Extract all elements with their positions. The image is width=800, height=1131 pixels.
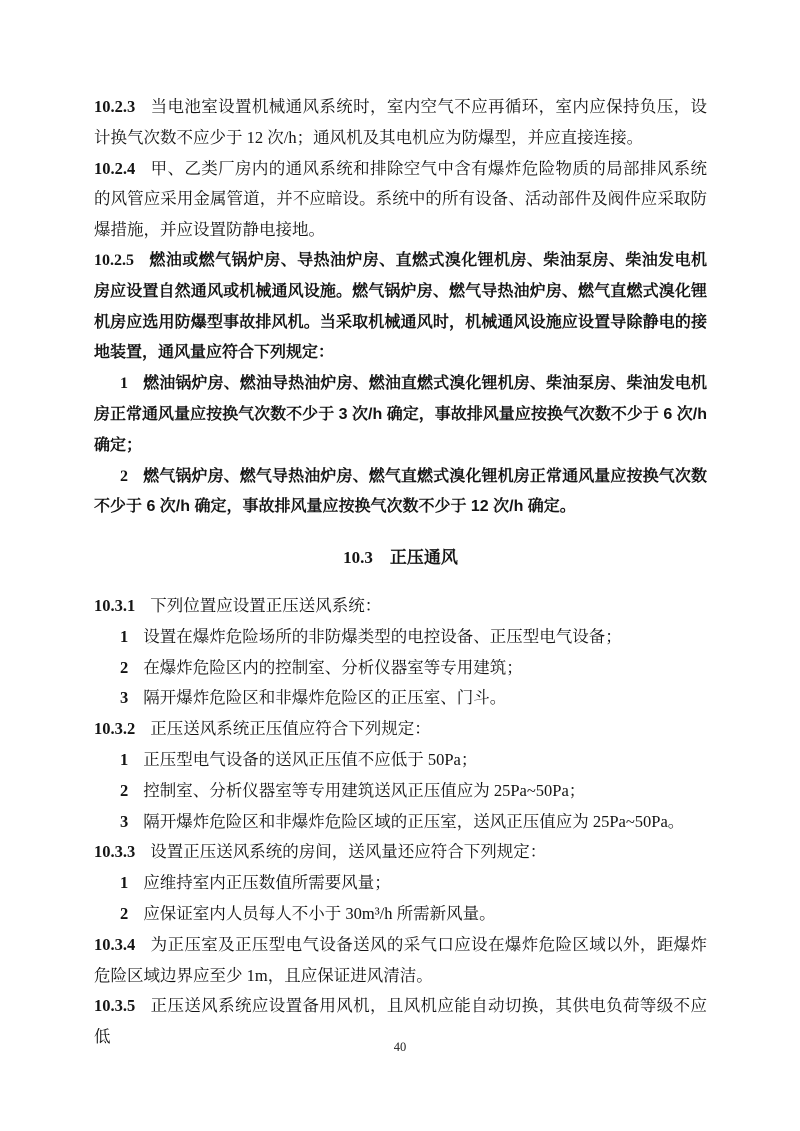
document-page: { "page": { "number": "40", "background_… [0, 0, 800, 1131]
clause-number: 1 [120, 750, 143, 769]
clause-text: 应维持室内正压数值所需要风量； [143, 873, 391, 892]
clause-number: 10.2.5 [94, 252, 149, 269]
clause-number: 10.3.4 [94, 935, 150, 954]
subitem-paragraph: 3隔开爆炸危险区和非爆炸危险区的正压室、门斗。 [94, 683, 707, 714]
clause-number: 3 [120, 812, 143, 831]
clause-text: 控制室、分析仪器室等专用建筑送风正压值应为 25Pa~50Pa； [143, 781, 585, 800]
clause-text: 燃气锅炉房、燃气导热油炉房、燃气直燃式溴化锂机房正常通风量应按换气次数不少于 6… [94, 468, 707, 516]
clause-text: 设置在爆炸危险场所的非防爆类型的电控设备、正压型电气设备； [143, 627, 622, 646]
clause-number: 10.3.1 [94, 596, 150, 615]
clause-number: 1 [120, 375, 143, 392]
clause-text: 为正压室及正压型电气设备送风的采气口应设在爆炸危险区域以外，距爆炸危险区域边界应… [94, 935, 707, 985]
clause-paragraph: 10.2.5燃油或燃气锅炉房、导热油炉房、直燃式溴化锂机房、柴油泵房、柴油发电机… [94, 246, 707, 369]
clause-paragraph: 10.3.1下列位置应设置正压送风系统： [94, 591, 707, 622]
clause-text: 正压送风系统应设置备用风机，且风机应能自动切换，其供电负荷等级不应低 [94, 996, 707, 1046]
clause-number: 1 [120, 627, 143, 646]
clause-paragraph: 10.3.2正压送风系统正压值应符合下列规定： [94, 714, 707, 745]
clause-text: 应保证室内人员每人不小于 30m³/h 所需新风量。 [143, 904, 495, 923]
clause-number: 10.2.3 [94, 97, 150, 116]
subitem-paragraph: 1设置在爆炸危险场所的非防爆类型的电控设备、正压型电气设备； [94, 622, 707, 653]
clause-text: 燃油或燃气锅炉房、导热油炉房、直燃式溴化锂机房、柴油泵房、柴油发电机房应设置自然… [94, 252, 707, 361]
clause-number: 10.2.4 [94, 159, 150, 178]
clause-number: 1 [120, 873, 143, 892]
clause-number: 2 [120, 468, 143, 485]
section-number: 10.3 [343, 548, 390, 567]
clause-number: 3 [120, 688, 143, 707]
clause-text: 正压送风系统正压值应符合下列规定： [150, 719, 431, 738]
subitem-paragraph: 3隔开爆炸危险区和非爆炸危险区域的正压室，送风正压值应为 25Pa~50Pa。 [94, 807, 707, 838]
document-body: 10.2.3当电池室设置机械通风系统时，室内空气不应再循环，室内应保持负压，设计… [94, 92, 707, 1053]
subitem-paragraph: 2应保证室内人员每人不小于 30m³/h 所需新风量。 [94, 899, 707, 930]
section-title: 正压通风 [390, 548, 458, 567]
clause-paragraph: 10.2.4甲、乙类厂房内的通风系统和排除空气中含有爆炸危险物质的局部排风系统的… [94, 154, 707, 246]
clause-text: 当电池室设置机械通风系统时，室内空气不应再循环，室内应保持负压，设计换气次数不应… [94, 97, 707, 147]
clause-number: 2 [120, 781, 143, 800]
clause-paragraph: 10.3.3设置正压送风系统的房间，送风量还应符合下列规定： [94, 837, 707, 868]
clause-text: 隔开爆炸危险区和非爆炸危险区域的正压室，送风正压值应为 25Pa~50Pa。 [143, 812, 684, 831]
clause-text: 隔开爆炸危险区和非爆炸危险区的正压室、门斗。 [143, 688, 506, 707]
clause-number: 2 [120, 904, 143, 923]
clause-number: 10.3.5 [94, 996, 150, 1015]
subitem-paragraph: 2在爆炸危险区内的控制室、分析仪器室等专用建筑； [94, 653, 707, 684]
section-heading: 10.3正压通风 [94, 543, 707, 574]
subitem-paragraph: 1应维持室内正压数值所需要风量； [94, 868, 707, 899]
clause-text: 正压型电气设备的送风正压值不应低于 50Pa； [143, 750, 477, 769]
clause-number: 10.3.2 [94, 719, 150, 738]
clause-text: 设置正压送风系统的房间，送风量还应符合下列规定： [150, 842, 546, 861]
clause-number: 2 [120, 658, 143, 677]
clause-paragraph: 10.2.3当电池室设置机械通风系统时，室内空气不应再循环，室内应保持负压，设计… [94, 92, 707, 154]
clause-text: 下列位置应设置正压送风系统： [150, 596, 381, 615]
clause-text: 燃油锅炉房、燃油导热油炉房、燃油直燃式溴化锂机房、柴油泵房、柴油发电机房正常通风… [94, 375, 707, 454]
subitem-paragraph: 1正压型电气设备的送风正压值不应低于 50Pa； [94, 745, 707, 776]
page-number: 40 [0, 1040, 800, 1055]
clause-paragraph: 10.3.4为正压室及正压型电气设备送风的采气口应设在爆炸危险区域以外，距爆炸危… [94, 930, 707, 992]
clause-text: 在爆炸危险区内的控制室、分析仪器室等专用建筑； [143, 658, 523, 677]
subitem-paragraph: 2燃气锅炉房、燃气导热油炉房、燃气直燃式溴化锂机房正常通风量应按换气次数不少于 … [94, 462, 707, 524]
subitem-paragraph: 2控制室、分析仪器室等专用建筑送风正压值应为 25Pa~50Pa； [94, 776, 707, 807]
subitem-paragraph: 1燃油锅炉房、燃油导热油炉房、燃油直燃式溴化锂机房、柴油泵房、柴油发电机房正常通… [94, 369, 707, 461]
clause-text: 甲、乙类厂房内的通风系统和排除空气中含有爆炸危险物质的局部排风系统的风管应采用金… [94, 159, 707, 240]
clause-number: 10.3.3 [94, 842, 150, 861]
